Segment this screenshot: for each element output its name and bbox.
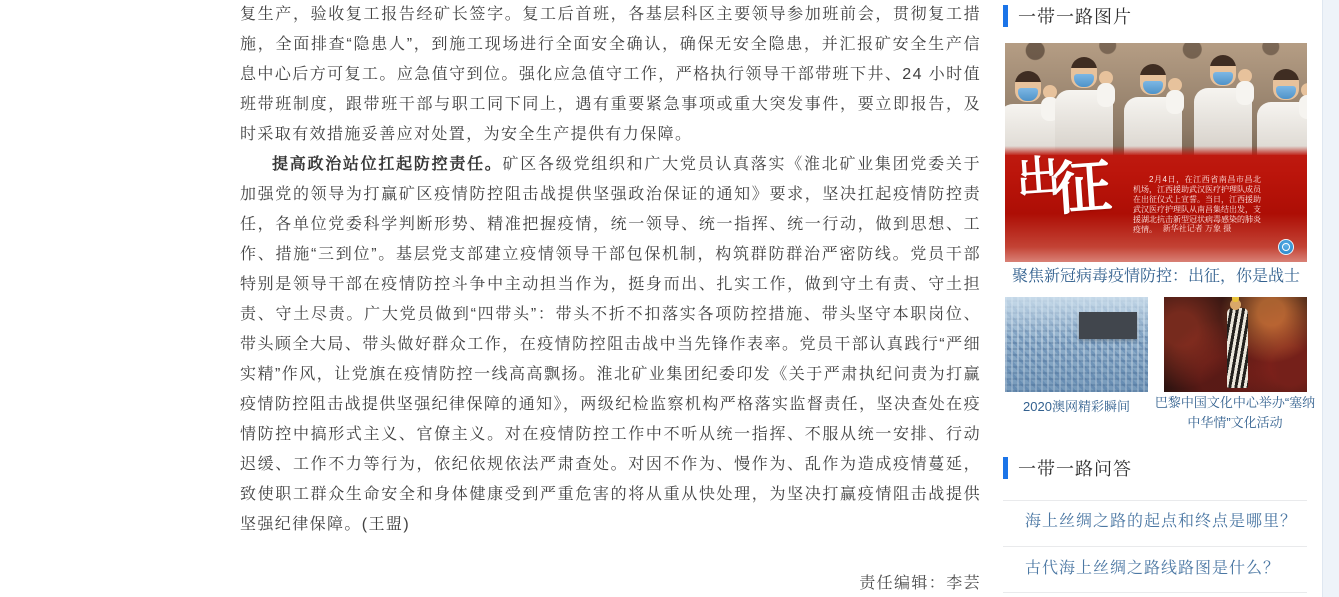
editor-line: 责任编辑：李芸 [240,569,981,597]
thumb-photo-fashion-link[interactable] [1164,297,1307,392]
photo-overlay-title: 出征 [1015,152,1105,221]
article-paragraph-1: 复生产，验收复工报告经矿长签字。复工后首班，各基层科区主要领导参加班前会，贯彻复… [240,0,981,150]
thumb-caption-tennis-link[interactable]: 2020澳网精彩瞬间 [1005,397,1148,416]
sidebar: 一带一路图片 出征 2月4日，在江西省南昌市昌北机场，江西援助武汉医疗护理队成员… [1003,0,1320,597]
qa-question-link[interactable]: 古代海上丝绸之路线路图是什么？ [1025,558,1315,580]
paragraph-2-text: 矿区各级党组织和广大党员认真落实《淮北矿业集团党委关于加强党的领导为打赢矿区疫情… [240,156,981,533]
accent-bar-icon [1003,457,1008,479]
featured-photo-link[interactable]: 出征 2月4日，在江西省南昌市昌北机场，江西援助武汉医疗护理队成员在出征仪式上宣… [1005,43,1307,262]
pictures-section-header: 一带一路图片 [1003,4,1132,28]
paragraph-2-lead: 提高政治站位扛起防控责任。 [272,156,503,173]
pictures-section-title: 一带一路图片 [1018,3,1132,29]
thumb-photo-tennis-link[interactable] [1005,297,1148,392]
divider [1003,500,1307,501]
nurse-figure [1194,55,1252,160]
news-agency-badge-icon [1278,239,1294,255]
thumb-caption-fashion-link[interactable]: 巴黎中国文化中心举办“塞纳中华情”文化活动 [1149,393,1321,433]
page-edge-strip [1322,0,1339,597]
photo-overlay-credit: 新华社记者 万象 摄 [1133,223,1261,234]
qa-question-link[interactable]: 海上丝绸之路的起点和终点是哪里？ [1025,511,1315,533]
article-page: 复生产，验收复工报告经矿长签字。复工后首班，各基层科区主要领导参加班前会，贯彻复… [0,0,1339,597]
featured-caption-link[interactable]: 聚焦新冠病毒疫情防控：出征，你是战士 [1005,266,1307,287]
article-body: 复生产，验收复工报告经矿长签字。复工后首班，各基层科区主要领导参加班前会，贯彻复… [240,0,981,597]
article-paragraph-2: 提高政治站位扛起防控责任。矿区各级党组织和广大党员认真落实《淮北矿业集团党委关于… [240,150,981,540]
qa-section-header: 一带一路问答 [1003,456,1132,480]
photo-red-banner: 出征 2月4日，在江西省南昌市昌北机场，江西援助武汉医疗护理队成员在出征仪式上宣… [1005,155,1307,262]
fashion-model-art [1227,308,1248,388]
divider [1003,592,1307,593]
divider [1003,546,1307,547]
qa-section-title: 一带一路问答 [1018,455,1132,481]
accent-bar-icon [1003,5,1008,27]
